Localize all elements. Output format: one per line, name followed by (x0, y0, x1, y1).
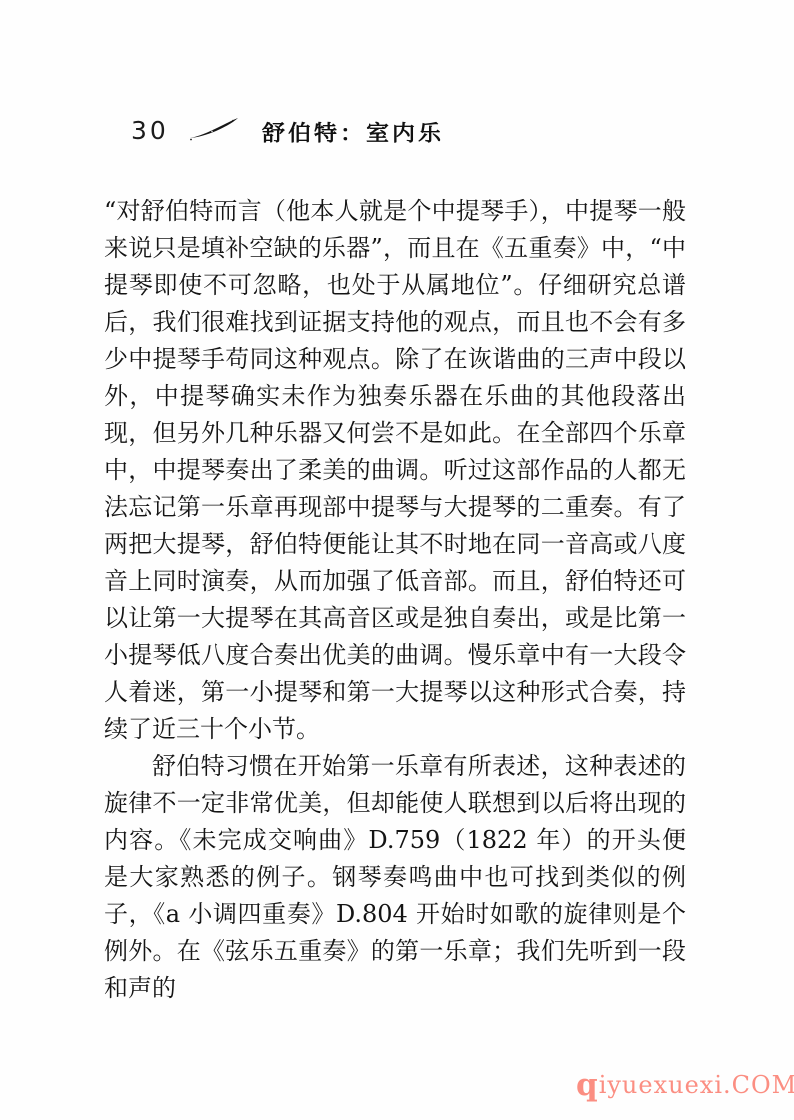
running-header: 30 舒伯特：室内乐 (0, 112, 794, 148)
page-number: 30 (131, 116, 169, 145)
body-text-block: “对舒伯特而言（他本人就是个中提琴手），中提琴一般来说只是填补空缺的乐器”，而且… (104, 193, 686, 1007)
watermark-initial: q (576, 1067, 599, 1103)
watermark-tld: .COM (723, 1071, 794, 1099)
running-head-title: 舒伯特：室内乐 (262, 116, 444, 147)
paragraph: “对舒伯特而言（他本人就是个中提琴手），中提琴一般来说只是填补空缺的乐器”，而且… (104, 193, 686, 748)
watermark-name: iyuexuexi (599, 1071, 723, 1099)
brush-flourish-icon (188, 116, 240, 142)
paragraph: 舒伯特习惯在开始第一乐章有所表述，这种表述的旋律不一定非常优美，但却能使人联想到… (104, 748, 686, 1007)
book-page: 30 舒伯特：室内乐 “对舒伯特而言（他本人就是个中提琴手），中提琴一般来说只是… (0, 0, 794, 1120)
site-watermark: qiyuexuexi.COM (576, 1068, 794, 1105)
